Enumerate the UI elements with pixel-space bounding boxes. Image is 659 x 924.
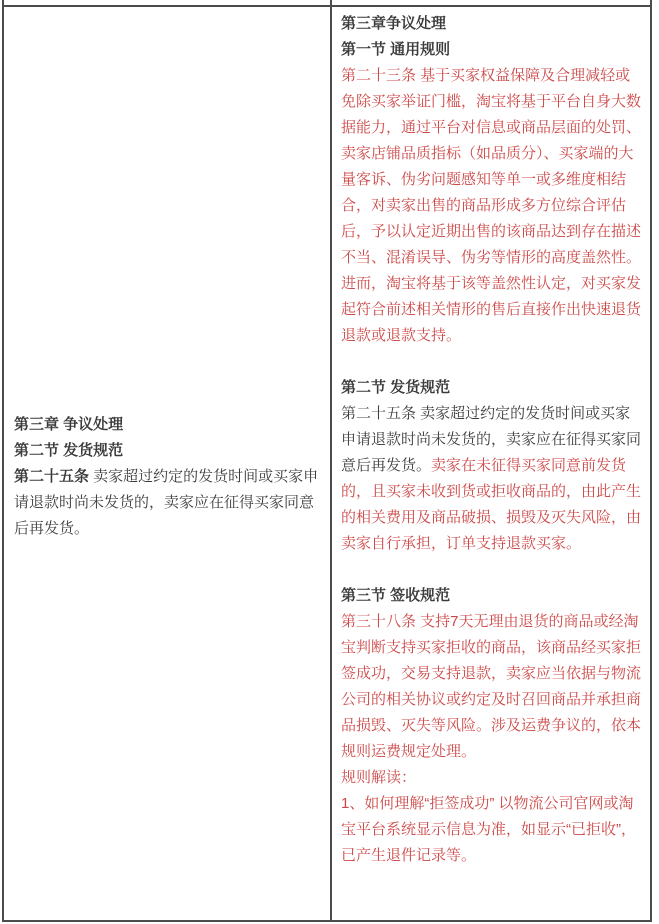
section-heading: 第二节 发货规范 [341,375,644,401]
rule-paragraph: 第三十八条 支持7天无理由退货的商品或经淘宝判断支持买家拒收的商品，该商品经买家… [341,609,644,765]
table-top-row [4,0,650,7]
old-rule-cell: 第三章 争议处理第二节 发货规范第二十五条 卖家超过约定的发货时间或买家申请退款… [4,7,332,920]
text-run: 规则解读： [341,769,416,786]
text-run: 第三章 争议处理 [14,416,123,433]
text-run: 第三章争议处理 [341,15,446,32]
text-run: 第三节 签收规范 [341,587,450,604]
new-rule-cell: 第三章争议处理第一节 通用规则第二十三条 基于买家权益保障及合理减轻或免除买家举… [332,7,650,920]
text-run: 第一节 通用规则 [341,41,450,58]
text-run: 第二节 发货规范 [341,379,450,396]
text-run: 第二十五条 [14,468,89,485]
rule-paragraph: 第二十五条 卖家超过约定的发货时间或买家申请退款时尚未发货的，卖家应在征得买家同… [341,401,644,557]
section-heading: 第三章 争议处理 [14,412,322,438]
section-heading: 第三节 签收规范 [341,583,644,609]
section-heading: 第三章争议处理 [341,11,644,37]
text-run: 第三十八条 支持7天无理由退货的商品或经淘宝判断支持买家拒收的商品，该商品经买家… [341,613,641,760]
section-heading: 第二节 发货规范 [14,438,322,464]
rule-comparison-table: 第三章 争议处理第二节 发货规范第二十五条 卖家超过约定的发货时间或买家申请退款… [2,0,652,922]
table-top-row-left-cell [4,0,332,5]
rule-paragraph: 第二十五条 卖家超过约定的发货时间或买家申请退款时尚未发货的，卖家应在征得买家同… [14,464,322,542]
text-run: 第二节 发货规范 [14,442,123,459]
rule-paragraph: 规则解读： [341,765,644,791]
table-main-row: 第三章 争议处理第二节 发货规范第二十五条 卖家超过约定的发货时间或买家申请退款… [4,7,650,920]
table-top-row-right-cell [332,0,650,5]
rule-paragraph: 第二十三条 基于买家权益保障及合理减轻或免除买家举证门槛，淘宝将基于平台自身大数… [341,63,644,349]
section-heading: 第一节 通用规则 [341,37,644,63]
rule-paragraph: 1、如何理解“拒签成功” 以物流公司官网或淘宝平台系统显示信息为准，如显示“已拒… [341,791,644,869]
text-run: 第二十三条 基于买家权益保障及合理减轻或免除买家举证门槛，淘宝将基于平台自身大数… [341,67,641,344]
old-rule-text: 第三章 争议处理第二节 发货规范第二十五条 卖家超过约定的发货时间或买家申请退款… [4,412,330,542]
text-run: 1、如何理解“拒签成功” 以物流公司官网或淘宝平台系统显示信息为准，如显示“已拒… [341,795,636,864]
